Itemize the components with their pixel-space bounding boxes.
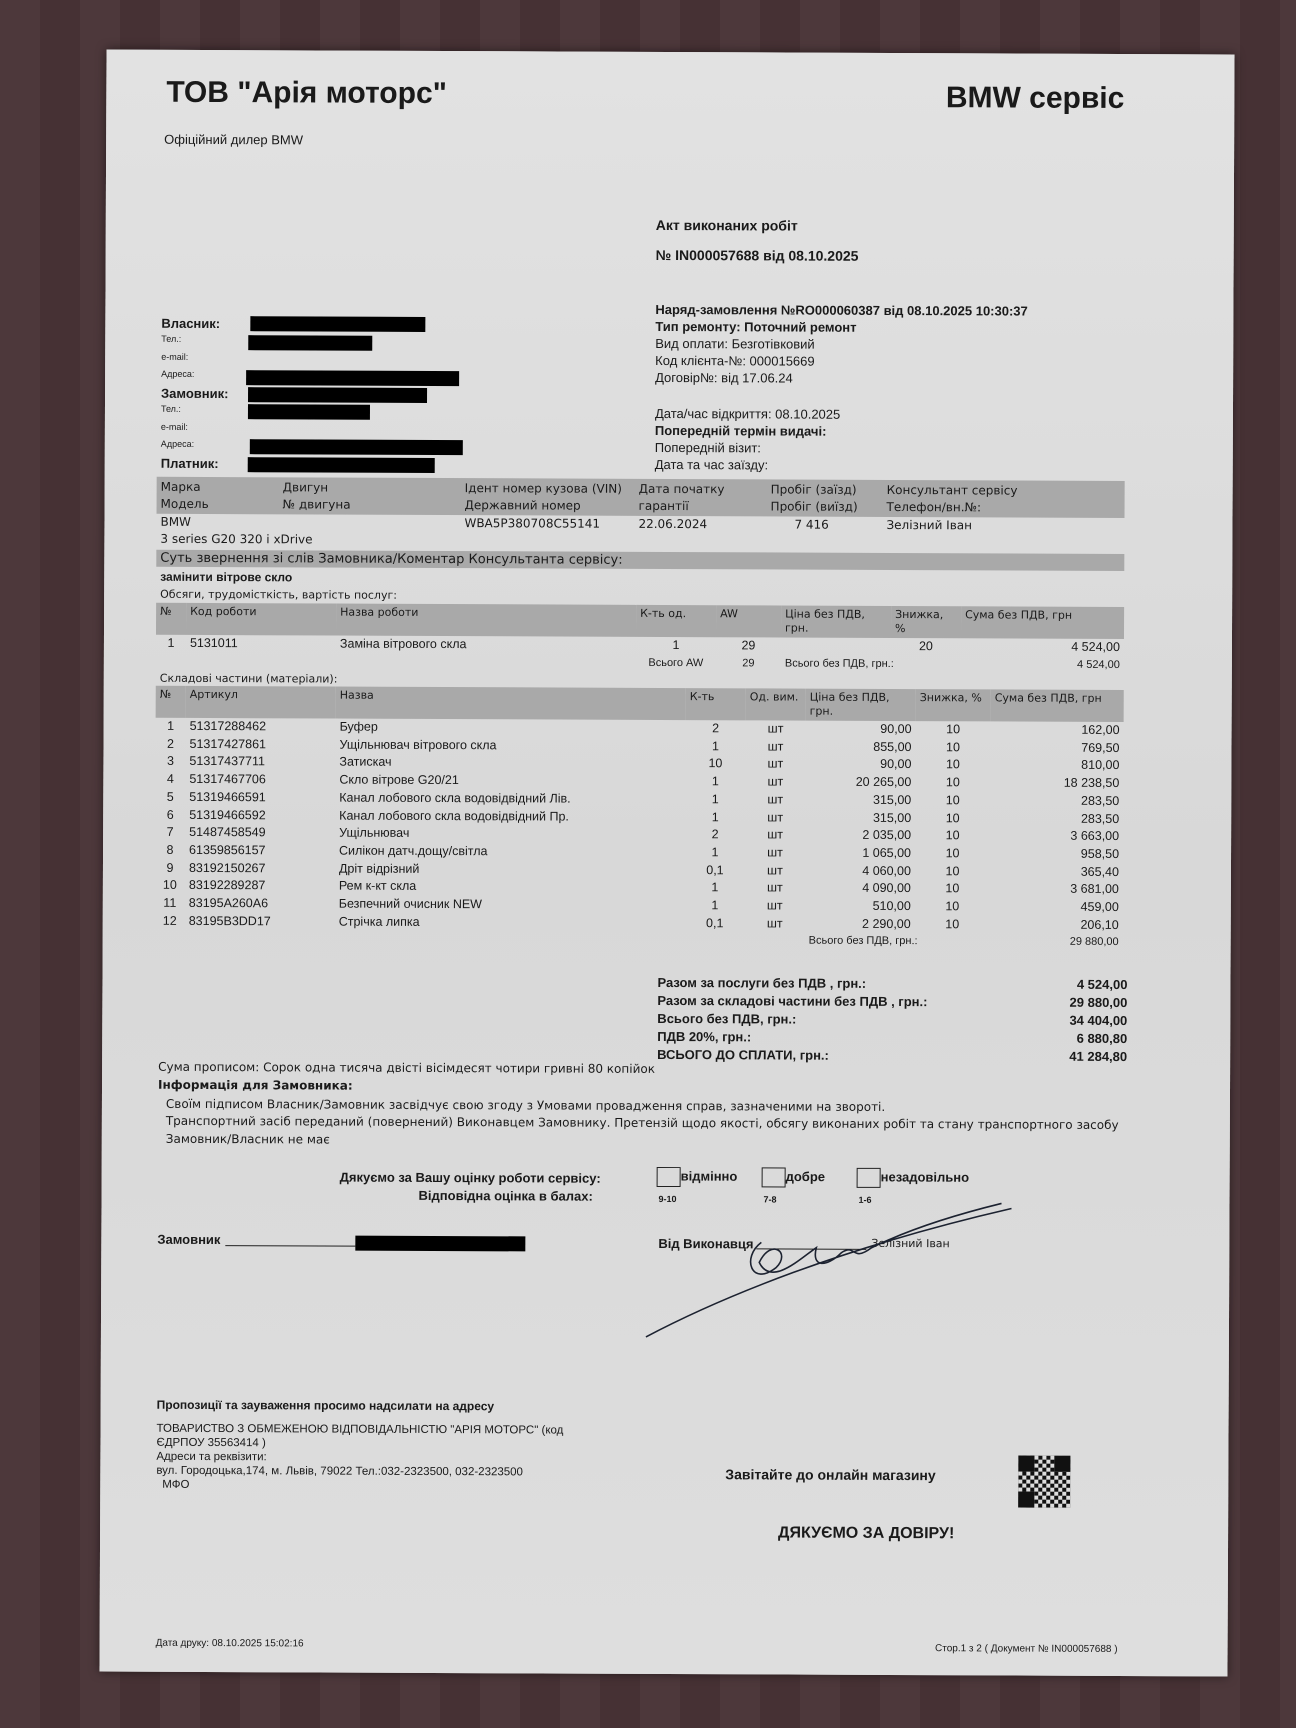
cell-qty: 1	[685, 773, 745, 791]
owner-label: Власник:	[161, 316, 220, 331]
company-name: ТОВ "Арія моторс"	[166, 76, 447, 111]
cell-qty: 1	[685, 844, 745, 862]
cell-price: 2 035,00	[805, 827, 915, 845]
cell-art: 83192289287	[185, 877, 335, 895]
vehicle-h-make: Марка	[161, 480, 201, 494]
cell-sum: 810,00	[990, 757, 1123, 775]
vehicle-vin: WBA5P380708C55141	[464, 516, 600, 531]
customer-signature-line	[225, 1245, 355, 1247]
cell-disc: 10	[916, 721, 991, 739]
cell-name: Силікон датч.дощу/світла	[335, 842, 685, 861]
cell-art: 51319466592	[185, 806, 335, 824]
sum-in-words: Сума прописом: Сорок одна тисяча двісті …	[158, 1060, 655, 1076]
vehicle-h-vin: Ідент номер кузова (VIN)	[465, 481, 622, 496]
cell-n: 4	[155, 771, 185, 789]
customer-email-label: e-mail:	[161, 422, 188, 432]
cell-price: 1 065,00	[805, 845, 915, 863]
cell-price: 315,00	[805, 809, 915, 827]
cell-art: 51317288462	[186, 718, 336, 736]
edrpou: ЄДРПОУ 35563414 )	[156, 1437, 265, 1449]
cell-sum: 769,50	[990, 739, 1123, 757]
cell-n: 9	[155, 859, 185, 877]
cell-discount: 20	[891, 638, 961, 656]
cell-qty: 1	[685, 791, 745, 809]
vat-sum: 6 880,80	[1077, 1030, 1128, 1048]
cell-disc: 10	[915, 810, 990, 828]
cell-n: 7	[155, 824, 185, 842]
vehicle-h-plate: Державний номер	[465, 498, 581, 513]
totals-row: ПДВ 20%, грн.:6 880,80	[657, 1028, 1127, 1048]
prelim-term: Попередній термін видачі:	[655, 423, 827, 439]
vehicle-model: 3 series G20 320 i xDrive	[160, 532, 312, 547]
parts-header-row: № Артикул Назва К-ть Од. вим. Ціна без П…	[156, 686, 1124, 722]
cell-disc: 10	[915, 756, 990, 774]
cell-qty: 2	[685, 826, 745, 844]
col-qty: К-ть од.	[636, 605, 716, 637]
cell-art: 51319466591	[185, 789, 335, 807]
vehicle-h-warranty-2: гарантії	[639, 499, 689, 513]
redacted-customer	[248, 387, 427, 403]
vehicle-h-mileage-out: Пробіг (виїзд)	[771, 499, 858, 513]
act-title: Акт виконаних робіт	[656, 217, 798, 234]
info-line-3: Замовник/Власник не має	[166, 1132, 330, 1147]
cell-sum: 459,00	[990, 898, 1123, 916]
vehicle-h-mileage-in: Пробіг (заїзд)	[771, 482, 857, 496]
totals-block: Разом за послуги без ПДВ , грн.:4 524,00…	[657, 974, 1127, 1066]
col-name: Назва роботи	[336, 604, 636, 637]
repair-type: Тип ремонту: Поточний ремонт	[655, 319, 856, 335]
services-total-label: Всього без ПДВ, грн.:	[781, 655, 961, 673]
col-no: №	[156, 686, 186, 718]
totals-row: ВСЬОГО ДО СПЛАТИ, грн.:41 284,80	[657, 1046, 1127, 1066]
vehicle-h-phone: Телефон/вн.№:	[887, 500, 982, 514]
cell-disc: 10	[915, 916, 990, 934]
cell-sum: 206,10	[990, 916, 1123, 934]
col-qty: К-ть	[686, 688, 746, 720]
parts-table: № Артикул Назва К-ть Од. вим. Ціна без П…	[155, 686, 1124, 952]
cell-sum: 4 524,00	[961, 638, 1124, 656]
cell-disc: 10	[915, 863, 990, 881]
col-name: Назва	[336, 687, 686, 721]
cell-price: 4 090,00	[805, 880, 915, 898]
owner-phone-label: Тел.:	[161, 334, 181, 344]
act-number: № IN000057688 від 08.10.2025	[656, 247, 859, 264]
page-number: Стор.1 з 2 ( Документ № IN000057688 )	[935, 1643, 1118, 1655]
cell-name: Скло вітрове G20/21	[335, 772, 685, 791]
customer-phone-label: Тел.:	[161, 404, 181, 414]
cell-aw: 29	[716, 637, 781, 655]
totals-row: Всього без ПДВ, грн.:34 404,00	[657, 1010, 1127, 1030]
col-no: №	[156, 603, 186, 635]
qr-code-icon[interactable]	[1018, 1456, 1070, 1508]
redacted-payer	[248, 457, 435, 473]
vehicle-make: BMW	[160, 515, 191, 529]
cell-disc: 10	[915, 827, 990, 845]
cell-art: 51317437711	[185, 753, 335, 771]
cell-unit: шт	[745, 827, 805, 845]
cell-sum: 3 681,00	[990, 881, 1123, 899]
cell-disc: 10	[915, 898, 990, 916]
cell-price: 2 290,00	[805, 915, 915, 933]
rating-score-label: Відповідна оцінка в балах:	[419, 1188, 593, 1204]
col-price: Ціна без ПДВ, грн.	[806, 689, 916, 721]
col-price: Ціна без ПДВ, грн.	[781, 605, 891, 637]
cell-qty: 1	[685, 809, 745, 827]
totals-row: Разом за послуги без ПДВ , грн.:4 524,00	[657, 974, 1127, 994]
owner-email-label: e-mail:	[161, 352, 188, 362]
cell-art: 83195A260A6	[185, 895, 335, 913]
services-sum: 4 524,00	[1077, 976, 1128, 994]
cell-name: Рем к-кт скла	[335, 878, 685, 897]
cell-price: 4 060,00	[805, 862, 915, 880]
cell-unit: шт	[745, 738, 805, 756]
cell-name: Канал лобового скла водовідвідний Пр.	[335, 807, 685, 826]
cell-unit: шт	[745, 897, 805, 915]
cell-n: 5	[155, 789, 185, 807]
cell-art: 51487458549	[185, 824, 335, 842]
redacted-owner	[250, 316, 425, 332]
cell-unit: шт	[745, 880, 805, 898]
cell-sum: 958,50	[990, 845, 1123, 863]
col-unit: Од. вим.	[746, 688, 806, 720]
cell-unit: шт	[745, 756, 805, 774]
cell-n: 11	[155, 895, 185, 913]
info-line-1: Своїм підписом Власник/Замовник засвідчу…	[166, 1097, 885, 1114]
brand-title: BMW сервіс	[946, 81, 1125, 116]
owner-address-label: Адреса:	[161, 369, 194, 379]
cell-sum: 162,00	[991, 721, 1124, 739]
cell-qty: 1	[685, 897, 745, 915]
cell-n: 3	[155, 753, 185, 771]
parts-label: Складові частини (матеріали):	[160, 672, 338, 686]
cell-name: Канал лобового скла водовідвідний Лів.	[335, 789, 685, 808]
client-code: Код клієнта-№: 000015669	[655, 353, 815, 369]
cell-name: Стрічка липка	[335, 913, 685, 932]
cell-price: 315,00	[805, 791, 915, 809]
parts-sum: 29 880,00	[1070, 994, 1128, 1012]
cell-unit: шт	[745, 862, 805, 880]
cell-qty: 1	[685, 879, 745, 897]
services-total-row: Всього AW 29 Всього без ПДВ, грн.: 4 524…	[156, 652, 1124, 674]
arrival-date: Дата та час заїзду:	[655, 457, 768, 472]
redacted-customer-name	[355, 1236, 525, 1252]
print-date: Дата друку: 08.10.2025 15:02:16	[156, 1638, 304, 1650]
cell-name: Ущільнювач вітрового скла	[335, 736, 685, 755]
total-aw: 29	[716, 655, 781, 673]
cell-n: 12	[155, 912, 185, 930]
cell-art: 83192150267	[185, 860, 335, 878]
total-aw-label: Всього AW	[636, 655, 716, 673]
cell-disc: 10	[915, 792, 990, 810]
redacted-customer-address	[250, 439, 463, 455]
cell-art: 51317427861	[185, 736, 335, 754]
cell-qty: 2	[686, 720, 746, 738]
cell-code: 5131011	[186, 635, 336, 653]
cell-name: Затискач	[335, 754, 685, 773]
services-table: № Код роботи Назва роботи К-ть од. AW Ці…	[156, 603, 1124, 675]
cell-price: 90,00	[805, 756, 915, 774]
cell-unit: шт	[745, 844, 805, 862]
cell-sum: 283,50	[990, 792, 1123, 810]
customer-signature-label: Замовник	[157, 1232, 220, 1247]
info-line-2: Транспортний засіб переданий (повернений…	[166, 1114, 1119, 1132]
cell-n: 8	[155, 842, 185, 860]
cell-unit: шт	[746, 720, 806, 738]
cell-disc: 10	[915, 845, 990, 863]
cell-disc: 10	[915, 880, 990, 898]
cell-unit: шт	[745, 773, 805, 791]
handwritten-signature	[641, 1147, 1022, 1349]
cell-unit: шт	[745, 809, 805, 827]
net-sum: 34 404,00	[1069, 1012, 1127, 1030]
cell-sum: 18 238,50	[990, 775, 1123, 793]
cell-n: 1	[156, 718, 186, 736]
cell-art: 61359856157	[185, 842, 335, 860]
grand-total: 41 284,80	[1069, 1048, 1127, 1066]
cell-n: 2	[155, 735, 185, 753]
payment-type: Вид оплати: Безготівковий	[655, 336, 815, 352]
complaint-label: Суть звернення зі слів Замовника/Комента…	[160, 551, 622, 568]
services-label: Обсяги, трудомісткість, вартість послуг:	[160, 588, 397, 602]
customer-address-label: Адреса:	[161, 439, 194, 449]
cell-unit: шт	[745, 915, 805, 933]
cell-sum: 3 663,00	[990, 828, 1123, 846]
cell-price: 20 265,00	[805, 774, 915, 792]
cell-price	[781, 637, 891, 655]
col-discount: Знижка, %	[891, 606, 961, 638]
parts-total-row: Всього без ПДВ, грн.:29 880,00	[155, 930, 1123, 952]
vehicle-h-consultant: Консультант сервісу	[887, 483, 1018, 498]
vehicle-consultant: Зелізний Іван	[886, 518, 972, 532]
online-shop-text: Завітайте до онлайн магазину	[725, 1466, 935, 1483]
cell-disc: 10	[915, 774, 990, 792]
prev-visit: Попередній візит:	[655, 440, 761, 455]
rating-thanks: Дякуємо за Вашу оцінку роботи сервісу:	[340, 1170, 601, 1186]
company-full-name: ТОВАРИСТВО З ОБМЕЖЕНОЮ ВІДПОВІДАЛЬНІСТЮ …	[157, 1423, 564, 1437]
cell-sum: 365,40	[990, 863, 1123, 881]
col-article: Артикул	[186, 686, 336, 719]
parts-total: 29 880,00	[990, 934, 1123, 952]
company-subtitle: Офіційний дилер BMW	[164, 132, 303, 148]
cell-name: Безпечний очисник NEW	[335, 896, 685, 915]
customer-label: Замовник:	[161, 386, 229, 401]
cell-price: 90,00	[806, 721, 916, 739]
vehicle-mileage: 7 416	[794, 518, 828, 532]
vehicle-h-engine-no: № двигуна	[283, 497, 351, 511]
info-label: Інформація для Замовника:	[158, 1078, 353, 1093]
cell-unit: шт	[745, 791, 805, 809]
cell-name: Дріт відрізний	[335, 860, 685, 879]
services-total: 4 524,00	[961, 656, 1124, 674]
cell-sum: 283,50	[990, 810, 1123, 828]
cell-no: 1	[156, 635, 186, 653]
cell-qty: 1	[685, 738, 745, 756]
mfo: МФО	[162, 1479, 189, 1491]
company-address: вул. Городоцька,174, м. Львів, 79022 Тел…	[156, 1465, 523, 1479]
thanks-trust: ДЯКУЄМО ЗА ДОВІРУ!	[778, 1524, 954, 1543]
complaint-text: замінити вітрове скло	[160, 570, 292, 585]
opened-date: Дата/час відкриття: 08.10.2025	[655, 406, 840, 422]
proposals-text: Пропозиції та зауваження просимо надсила…	[157, 1398, 495, 1413]
col-aw: AW	[716, 605, 781, 637]
col-code: Код роботи	[186, 603, 336, 636]
cell-n: 10	[155, 877, 185, 895]
contract: Договір№: від 17.06.24	[655, 370, 793, 386]
col-sum: Сума без ПДВ, грн	[961, 606, 1124, 639]
totals-row: Разом за складові частини без ПДВ , грн.…	[657, 992, 1127, 1012]
requisites-label: Адреси та реквізити:	[156, 1451, 266, 1463]
document-page: ТОВ "Арія моторс" Офіційний дилер BMW BM…	[99, 50, 1234, 1677]
services-header-row: № Код роботи Назва роботи К-ть од. AW Ці…	[156, 603, 1124, 639]
cell-name: Ущільнювач	[335, 825, 685, 844]
cell-disc: 10	[915, 739, 990, 757]
col-discount: Знижка, %	[916, 689, 991, 721]
cell-n: 6	[155, 806, 185, 824]
payer-label: Платник:	[161, 456, 219, 471]
vehicle-h-model: Модель	[161, 497, 209, 511]
cell-qty: 0,1	[685, 915, 745, 933]
vehicle-h-engine: Двигун	[283, 480, 329, 494]
cell-art: 51317467706	[185, 771, 335, 789]
col-sum: Сума без ПДВ, грн	[991, 689, 1124, 722]
cell-name: Буфер	[336, 719, 686, 738]
cell-price: 855,00	[805, 738, 915, 756]
cell-price: 510,00	[805, 898, 915, 916]
vehicle-h-warranty: Дата початку	[639, 482, 725, 496]
vehicle-warranty-start: 22.06.2024	[638, 517, 707, 531]
redacted-owner-address	[246, 370, 459, 386]
redacted-customer-phone	[248, 404, 370, 420]
cell-qty: 1	[636, 637, 716, 655]
redacted-owner-phone	[248, 335, 372, 351]
cell-name: Заміна вітрового скла	[336, 636, 636, 655]
cell-qty: 10	[685, 755, 745, 773]
order-number: Наряд-замовлення №RO000060387 від 08.10.…	[655, 302, 1027, 319]
parts-total-label: Всього без ПДВ, грн.:	[805, 933, 990, 952]
cell-qty: 0,1	[685, 862, 745, 880]
cell-art: 83195B3DD17	[185, 913, 335, 931]
